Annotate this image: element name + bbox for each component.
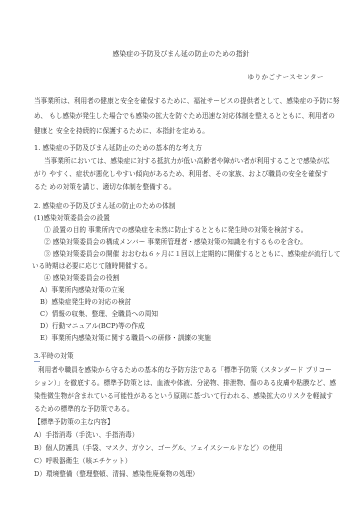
precaution-item: C）呼吸器衛生（咳エチケット） xyxy=(34,457,132,466)
section3-line: 利用者や職員を感染から守るための基本的な予防方法である「標準予防策（スタンダード… xyxy=(38,366,332,375)
role-item: D）行動マニュアル(BCP)等の作成 xyxy=(40,322,145,331)
intro-line: め、 もし感染が発生した場合でも感染の拡大を防ぐため迅速な対応体制を整えるととも… xyxy=(34,112,335,121)
document-title: 感染症の予防及びまん延の防止のための指針 xyxy=(0,50,362,59)
section3-heading: 3.平時の対策 xyxy=(34,352,74,362)
committee-item: ③ 感染対策委員会の開催 おおむね６ヶ月に１回以上定期的に開催するとともに、感染… xyxy=(44,250,341,259)
committee-item-continuation: いる時期は必要に応じて随時開催する。 xyxy=(32,262,152,271)
role-item: A）事業所内感染対策の立案 xyxy=(40,286,125,295)
section1-heading: 1. 感染症の予防及びまん延防止のための基本的な考え方 xyxy=(34,144,202,153)
section2-subheading: (1)感染対策委員会の設置 xyxy=(34,214,110,223)
section2-heading: 2. 感染症の予防及びまん延の防止のための体制 xyxy=(34,202,175,211)
section1-line: 当事業所においては、感染症に対する抵抗力が低い高齢者や障がい者が利用することで感… xyxy=(44,157,330,166)
precaution-item: D）環境整備（整理整頓、清掃、感染性廃棄物の処理） xyxy=(34,470,199,479)
document-page: 感染症の予防及びまん延の防止のための指針 ゆりかごナースセンター 当事業所は、利… xyxy=(0,0,362,512)
section1-line: がり やすく、症状が悪化しやすい傾向があるため、利用者、その家族、および職員の安… xyxy=(34,170,328,179)
committee-item: ① 設置の目的 事業所内での感染症を未然に防止するとともに発生時の対策を検討する… xyxy=(44,226,307,235)
role-item: B）感染症発生時の対応の検討 xyxy=(40,298,131,307)
committee-item: ④ 感染対策委員会の役割 xyxy=(44,274,119,283)
organization-name: ゆりかごナースセンター xyxy=(248,73,324,82)
section1-line: るた めの対策を講じ、適切な体制を整備する。 xyxy=(34,183,176,192)
section3-heading-text: 平時の対策 xyxy=(40,352,73,360)
committee-item: ② 感染対策委員会の構成メンバー 事業所管理者・感染対策の知識を有するものを含む… xyxy=(44,238,307,247)
section3-line: るための標準的な予防策である。 xyxy=(34,405,134,414)
role-item: E）事業所内感染対策に関する職員への研修・訓練の実施 xyxy=(40,334,211,343)
intro-line: 当事業所は、利用者の健康と安全を確保するために、福祉サービスの提供者として、感染… xyxy=(34,97,339,106)
section3-line: ション）」を徹底する。標準予防策とは、血液や体液、分泌物、排泄物、傷のある皮膚や… xyxy=(34,379,336,388)
intro-line: 健康と 安全を持続的に保護するために、本指針を定める。 xyxy=(34,127,209,136)
role-item: C）情報の収集、整理、全職員への周知 xyxy=(40,310,158,319)
standard-precautions-heading: 【標準予防策の主な内容】 xyxy=(34,418,114,427)
precaution-item: B）個人防護具（手袋、マスク、ガウン、ゴーグル、フェイスシールドなど）の使用 xyxy=(34,444,283,453)
section3-line: 染性微生物が含まれている可能性があるという原則に基づいて行われる、感染拡大のリス… xyxy=(34,392,333,401)
precaution-item: A）手指消毒（手洗い、手指消毒） xyxy=(34,431,138,440)
